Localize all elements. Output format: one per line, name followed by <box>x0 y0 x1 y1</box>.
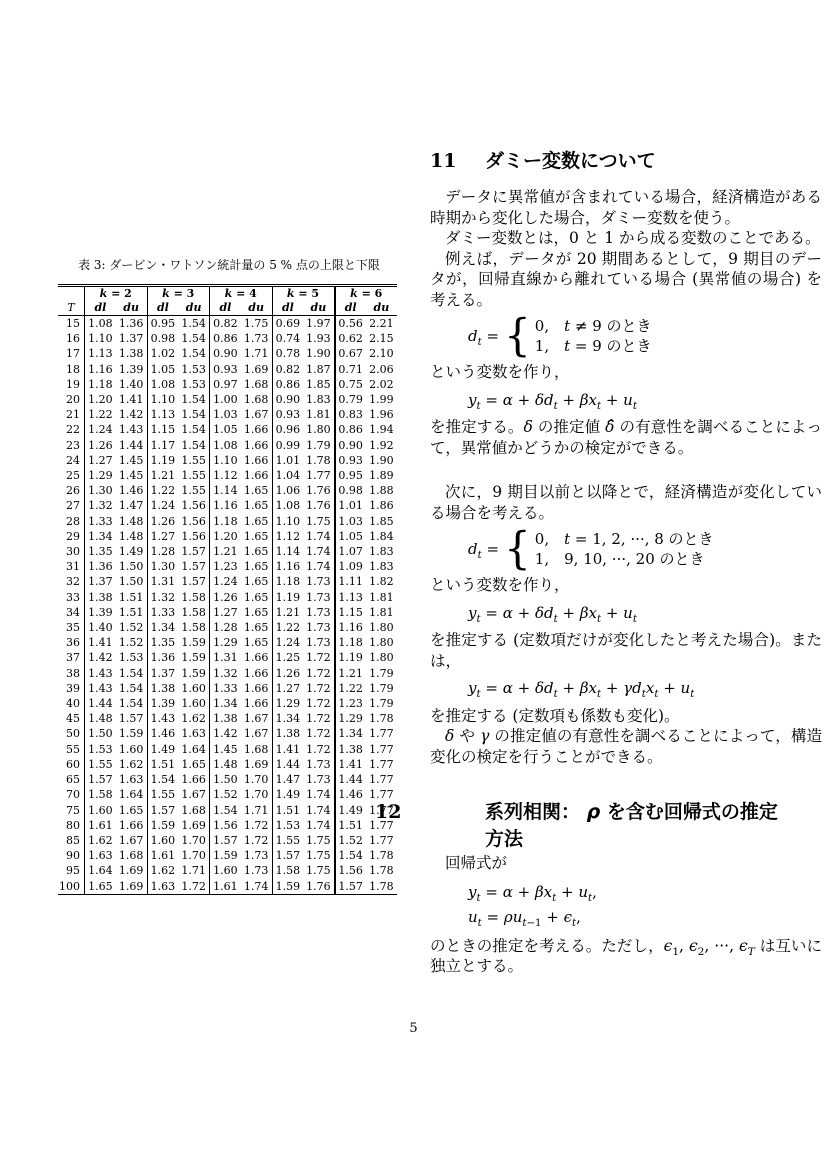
table-cell: 1.41 <box>116 392 147 407</box>
table-cell: 39 <box>58 681 85 696</box>
table-cell: 1.74 <box>303 787 334 802</box>
table-cell: 1.68 <box>241 377 272 392</box>
table-row: 801.611.661.591.691.561.721.531.741.511.… <box>58 818 397 833</box>
table-cell: 1.51 <box>147 757 178 772</box>
table-cell: 1.68 <box>178 803 209 818</box>
table-cell: 0.90 <box>335 438 366 453</box>
table-cell: 1.53 <box>85 742 116 757</box>
table-cell: 1.44 <box>272 757 303 772</box>
table-cell: 1.77 <box>366 742 397 757</box>
table-cell: 1.50 <box>85 726 116 741</box>
table-cell: 1.66 <box>241 422 272 437</box>
table-cell: 1.37 <box>147 666 178 681</box>
table-cell: 1.10 <box>147 392 178 407</box>
table-cell: 1.29 <box>272 696 303 711</box>
table-header-cell: dl <box>335 301 366 316</box>
table-row: 451.481.571.431.621.381.671.341.721.291.… <box>58 711 397 726</box>
table-cell: 1.19 <box>335 650 366 665</box>
table-cell: 1.74 <box>241 879 272 895</box>
table-cell: 1.39 <box>85 605 116 620</box>
table-row: 291.341.481.271.561.201.651.121.741.051.… <box>58 529 397 544</box>
table-cell: 1.48 <box>210 757 241 772</box>
table-cell: 19 <box>58 377 85 392</box>
paragraph: ダミー変数とは，0 と 1 から成る変数のことである。 <box>430 228 822 249</box>
table-cell: 1.56 <box>178 529 209 544</box>
table-cell: 1.51 <box>272 803 303 818</box>
table-row: 171.131.381.021.540.901.710.781.900.672.… <box>58 346 397 361</box>
table-cell: 1.69 <box>116 863 147 878</box>
table-cell: 1.24 <box>85 422 116 437</box>
table-cell: 26 <box>58 483 85 498</box>
table-cell: 100 <box>58 879 85 895</box>
table-row: 301.351.491.281.571.211.651.141.741.071.… <box>58 544 397 559</box>
table-cell: 1.79 <box>366 681 397 696</box>
table-row: 151.081.360.951.540.821.750.691.970.562.… <box>58 316 397 332</box>
paragraph: のときの推定を考える。ただし，ϵ1, ϵ2, ···, ϵT は互いに独立とする… <box>430 936 822 977</box>
table-row: 201.201.411.101.541.001.680.901.830.791.… <box>58 392 397 407</box>
table-row: 211.221.421.131.541.031.670.931.810.831.… <box>58 407 397 422</box>
table-cell: 1.71 <box>178 863 209 878</box>
table-cell: 23 <box>58 438 85 453</box>
table-cell: 1.34 <box>335 726 366 741</box>
table-cell: 0.86 <box>272 377 303 392</box>
table-cell: 0.69 <box>272 316 303 332</box>
table-cell: 0.97 <box>210 377 241 392</box>
table-cell: 1.56 <box>210 818 241 833</box>
table-cell: 0.86 <box>335 422 366 437</box>
cases-lines: 0, t ≠ 9 のとき 1, t = 9 のとき <box>535 316 652 356</box>
table-cell: 1.77 <box>303 468 334 483</box>
table-row: 601.551.621.511.651.481.691.441.731.411.… <box>58 757 397 772</box>
table-cell: 1.33 <box>147 605 178 620</box>
table-cell: 1.30 <box>85 483 116 498</box>
table-cell: 1.58 <box>272 863 303 878</box>
table-cell: 1.87 <box>303 362 334 377</box>
table-cell: 1.65 <box>85 879 116 895</box>
table-cell: 1.47 <box>272 772 303 787</box>
table-cell: 1.54 <box>335 848 366 863</box>
table-row: 251.291.451.211.551.121.661.041.770.951.… <box>58 468 397 483</box>
table-cell: 20 <box>58 392 85 407</box>
table-cell: 1.12 <box>210 468 241 483</box>
table-cell: 1.78 <box>303 453 334 468</box>
table-cell: 21 <box>58 407 85 422</box>
paragraph: を推定する (定数項も係数も変化)。 <box>430 706 822 727</box>
table-cell: 0.75 <box>335 377 366 392</box>
table-cell: 1.38 <box>335 742 366 757</box>
table-cell: 1.51 <box>116 590 147 605</box>
table-cell: 1.54 <box>178 392 209 407</box>
table-cell: 1.99 <box>366 392 397 407</box>
table-cell: 1.96 <box>366 407 397 422</box>
table-cell: 1.58 <box>178 590 209 605</box>
table-cell: 80 <box>58 818 85 833</box>
table-cell: 1.16 <box>85 362 116 377</box>
table-cell: 1.08 <box>272 498 303 513</box>
table-cell: 1.10 <box>272 514 303 529</box>
table-cell: 1.73 <box>241 863 272 878</box>
table-cell: 37 <box>58 650 85 665</box>
table-header-cell: dl <box>147 301 178 316</box>
table-row: 391.431.541.381.601.331.661.271.721.221.… <box>58 681 397 696</box>
table-cell: 1.65 <box>241 514 272 529</box>
table-cell: 1.34 <box>85 529 116 544</box>
table-cell: 1.40 <box>85 620 116 635</box>
equation-cases-1: dt = { 0, t ≠ 9 のとき 1, t = 9 のとき <box>468 316 822 356</box>
table-row: 311.361.501.301.571.231.651.161.741.091.… <box>58 559 397 574</box>
table-cell: 1.66 <box>116 818 147 833</box>
table-cell: 1.15 <box>147 422 178 437</box>
table-cell: 1.36 <box>147 650 178 665</box>
table-cell: 1.54 <box>178 407 209 422</box>
table-cell: 1.16 <box>272 559 303 574</box>
table-cell: 1.29 <box>210 635 241 650</box>
table-cell: 0.98 <box>147 331 178 346</box>
equation-regression-1: yt = α + δdt + βxt + ut <box>468 390 822 411</box>
table-cell: 30 <box>58 544 85 559</box>
table-cell: 1.01 <box>335 498 366 513</box>
table-cell: 1.38 <box>210 711 241 726</box>
case-line: 1, 9, 10, ···, 20 のとき <box>535 549 714 569</box>
table-cell: 1.20 <box>85 392 116 407</box>
table-cell: 1.28 <box>210 620 241 635</box>
table-cell: 1.67 <box>178 787 209 802</box>
table-cell: 1.03 <box>210 407 241 422</box>
table-cell: 1.04 <box>272 468 303 483</box>
table-cell: 1.79 <box>303 438 334 453</box>
table-cell: 27 <box>58 498 85 513</box>
table-header-cell: k = 3 <box>147 286 210 302</box>
table-row: 351.401.521.341.581.281.651.221.731.161.… <box>58 620 397 635</box>
table-cell: 1.18 <box>210 514 241 529</box>
table-cell: 0.56 <box>335 316 366 332</box>
paragraph: という変数を作り， <box>430 575 822 596</box>
table-cell: 31 <box>58 559 85 574</box>
table-cell: 1.60 <box>147 833 178 848</box>
table-cell: 55 <box>58 742 85 757</box>
table-cell: 1.93 <box>303 331 334 346</box>
table-cell: 1.51 <box>116 605 147 620</box>
paragraph: 次に，9 期目以前と以降とで，経済構造が変化している場合を考える。 <box>430 482 822 523</box>
table-cell: 34 <box>58 605 85 620</box>
left-brace-glyph: { <box>504 528 531 570</box>
table-cell: 1.77 <box>366 772 397 787</box>
table-row: 231.261.441.171.541.081.660.991.790.901.… <box>58 438 397 453</box>
table-cell: 1.37 <box>116 331 147 346</box>
table-cell: 1.65 <box>241 559 272 574</box>
table-cell: 1.03 <box>335 514 366 529</box>
table-cell: 1.45 <box>116 468 147 483</box>
table-cell: 1.65 <box>241 620 272 635</box>
table-cell: 1.65 <box>241 498 272 513</box>
table-cell: 1.54 <box>178 331 209 346</box>
table-cell: 1.65 <box>116 803 147 818</box>
table-cell: 1.27 <box>272 681 303 696</box>
table-row: 161.101.370.981.540.861.730.741.930.622.… <box>58 331 397 346</box>
table-cell: 1.08 <box>147 377 178 392</box>
table-cell: 1.05 <box>210 422 241 437</box>
table-cell: 1.49 <box>147 742 178 757</box>
table-cell: 1.59 <box>178 635 209 650</box>
table-cell: 0.67 <box>335 346 366 361</box>
section-title: ダミー変数について <box>485 150 656 172</box>
table-cell: 1.80 <box>303 422 334 437</box>
table-cell: 70 <box>58 787 85 802</box>
table-cell: 2.10 <box>366 346 397 361</box>
table-cell: 1.49 <box>335 803 366 818</box>
table-cell: 1.22 <box>335 681 366 696</box>
table-cell: 1.81 <box>303 407 334 422</box>
table-cell: 1.41 <box>335 757 366 772</box>
table-cell: 1.20 <box>210 529 241 544</box>
table-cell: 1.42 <box>116 407 147 422</box>
table-cell: 1.08 <box>85 316 116 332</box>
table-cell: 1.43 <box>116 422 147 437</box>
table-row: 951.641.691.621.711.601.731.581.751.561.… <box>58 863 397 878</box>
table-cell: 40 <box>58 696 85 711</box>
table-cell: 1.12 <box>272 529 303 544</box>
paragraph: δ や γ の推定値の有意性を調べることによって，構造変化の検定を行うことができ… <box>430 726 822 767</box>
table-cell: 1.66 <box>241 438 272 453</box>
table-cell: 1.73 <box>241 848 272 863</box>
table-cell: 1.01 <box>272 453 303 468</box>
section-title-line1: 系列相関： ρ を含む回帰式の推定 <box>485 801 778 823</box>
table-row: 331.381.511.321.581.261.651.191.731.131.… <box>58 590 397 605</box>
table-cell: 1.62 <box>85 833 116 848</box>
table-cell: 1.45 <box>210 742 241 757</box>
table-cell: 1.40 <box>116 377 147 392</box>
table-cell: 1.77 <box>366 757 397 772</box>
table-cell: 1.52 <box>116 620 147 635</box>
table-cell: 1.16 <box>210 498 241 513</box>
table-cell: 1.58 <box>85 787 116 802</box>
table-cell: 1.60 <box>210 863 241 878</box>
table-cell: 1.56 <box>335 863 366 878</box>
table-cell: 1.62 <box>116 757 147 772</box>
table-cell: 1.70 <box>241 787 272 802</box>
table-cell: 1.73 <box>303 605 334 620</box>
table-cell: 85 <box>58 833 85 848</box>
table-row: 901.631.681.611.701.591.731.571.751.541.… <box>58 848 397 863</box>
table-cell: 1.36 <box>85 559 116 574</box>
table-cell: 1.21 <box>147 468 178 483</box>
table-cell: 1.10 <box>85 331 116 346</box>
table-cell: 1.25 <box>272 650 303 665</box>
table-cell: 0.93 <box>335 453 366 468</box>
table-cell: 1.74 <box>303 818 334 833</box>
table-cell: 1.62 <box>178 711 209 726</box>
table-cell: 1.55 <box>147 787 178 802</box>
table-cell: 1.48 <box>85 711 116 726</box>
table-cell: 1.65 <box>241 544 272 559</box>
table-cell: 1.73 <box>303 590 334 605</box>
left-brace-glyph: { <box>504 315 531 357</box>
table-cell: 95 <box>58 863 85 878</box>
table-cell: 1.31 <box>147 574 178 589</box>
equation-regression-2: yt = α + δdt + βxt + ut <box>468 603 822 624</box>
table-cell: 1.34 <box>272 711 303 726</box>
table-cell: 1.22 <box>272 620 303 635</box>
table-cell: 1.57 <box>272 848 303 863</box>
table-row: 181.161.391.051.530.931.690.821.870.712.… <box>58 362 397 377</box>
table-cell: 1.50 <box>210 772 241 787</box>
table-cell: 1.32 <box>85 498 116 513</box>
table-cell: 65 <box>58 772 85 787</box>
table-cell: 2.06 <box>366 362 397 377</box>
table-row: 551.531.601.491.641.451.681.411.721.381.… <box>58 742 397 757</box>
table-cell: 1.08 <box>210 438 241 453</box>
table-cell: 1.13 <box>335 590 366 605</box>
table-cell: 1.61 <box>147 848 178 863</box>
table-header-cell: dl <box>272 301 303 316</box>
table-cell: 0.86 <box>210 331 241 346</box>
table-cell: 0.78 <box>272 346 303 361</box>
table-cell: 1.76 <box>303 483 334 498</box>
table-cell: 1.43 <box>85 681 116 696</box>
table-cell: 1.44 <box>116 438 147 453</box>
table-cell: 1.83 <box>303 392 334 407</box>
table-cell: 1.22 <box>147 483 178 498</box>
table-cell: 1.69 <box>241 757 272 772</box>
table-group-header-row: k = 2k = 3k = 4k = 5k = 6 <box>58 286 397 302</box>
table-cell: 1.15 <box>335 605 366 620</box>
table-cell: 1.72 <box>303 726 334 741</box>
table-header-cell: du <box>241 301 272 316</box>
table-cell: 1.50 <box>116 574 147 589</box>
table-cell: 1.11 <box>335 574 366 589</box>
table-cell: 1.54 <box>178 422 209 437</box>
table-cell: 1.44 <box>85 696 116 711</box>
table-cell: 0.82 <box>210 316 241 332</box>
table-header-cell: du <box>303 301 334 316</box>
table-header-cell: dl <box>210 301 241 316</box>
table-cell: 1.72 <box>303 666 334 681</box>
table-cell: 1.63 <box>116 772 147 787</box>
table-cell: 1.77 <box>366 726 397 741</box>
table-cell: 1.13 <box>147 407 178 422</box>
table-cell: 1.72 <box>303 742 334 757</box>
table-cell: 0.96 <box>272 422 303 437</box>
table-header-cell: k = 4 <box>210 286 273 302</box>
table-cell: 1.60 <box>178 681 209 696</box>
document-page: 表 3: ダービン・ワトソン統計量の 5 % 点の上限と下限 k = 2k = … <box>0 0 827 1170</box>
table-cell: 1.60 <box>85 803 116 818</box>
table-cell: 1.69 <box>116 879 147 895</box>
table-cell: 1.27 <box>85 453 116 468</box>
table-row: 281.331.481.261.561.181.651.101.751.031.… <box>58 514 397 529</box>
table-cell: 1.65 <box>241 590 272 605</box>
table-cell: 1.66 <box>241 453 272 468</box>
table-cell: 1.48 <box>116 529 147 544</box>
table-cell: 1.55 <box>178 483 209 498</box>
table-cell: 1.02 <box>147 346 178 361</box>
table-header-cell: du <box>366 301 397 316</box>
table-cell: 1.21 <box>210 544 241 559</box>
table-cell: 1.21 <box>335 666 366 681</box>
table-cell: 1.32 <box>210 666 241 681</box>
table-cell: 1.75 <box>241 316 272 332</box>
table-cell: 1.56 <box>178 514 209 529</box>
table-cell: 1.26 <box>85 438 116 453</box>
table-cell: 1.72 <box>303 696 334 711</box>
table-cell: 1.38 <box>116 346 147 361</box>
table-cell: 1.37 <box>85 574 116 589</box>
table-cell: 1.81 <box>366 605 397 620</box>
table-cell: 1.77 <box>366 833 397 848</box>
table-cell: 0.98 <box>335 483 366 498</box>
table-cell: 1.32 <box>147 590 178 605</box>
table-row: 701.581.641.551.671.521.701.491.741.461.… <box>58 787 397 802</box>
table-cell: 1.66 <box>178 772 209 787</box>
table-cell: 1.71 <box>241 803 272 818</box>
table-subheader-row: Tdldudldudldudldudldu <box>58 301 397 316</box>
table-cell: 0.79 <box>335 392 366 407</box>
table-cell: 1.53 <box>116 650 147 665</box>
table-cell: 1.59 <box>178 650 209 665</box>
table-cell: 1.67 <box>241 407 272 422</box>
table-cell: 1.54 <box>116 681 147 696</box>
table-cell: 29 <box>58 529 85 544</box>
table-cell: 1.72 <box>241 818 272 833</box>
paragraph: データに異常値が含まれている場合，経済構造がある時期から変化した場合，ダミー変数… <box>430 187 822 228</box>
table-row: 341.391.511.331.581.271.651.211.731.151.… <box>58 605 397 620</box>
table-cell: 1.79 <box>366 696 397 711</box>
table-cell: 1.43 <box>85 666 116 681</box>
table-row: 501.501.591.461.631.421.671.381.721.341.… <box>58 726 397 741</box>
table-cell: 75 <box>58 803 85 818</box>
table-cell: 1.00 <box>210 392 241 407</box>
table-cell: 35 <box>58 620 85 635</box>
table-cell: 1.55 <box>178 453 209 468</box>
table-cell: 1.78 <box>366 863 397 878</box>
table-cell: 1.53 <box>178 362 209 377</box>
table-cell: 60 <box>58 757 85 772</box>
table-cell: 1.89 <box>366 468 397 483</box>
table-cell: 1.42 <box>210 726 241 741</box>
table-cell: 1.33 <box>210 681 241 696</box>
table-cell: 1.26 <box>272 666 303 681</box>
table-cell: 0.95 <box>147 316 178 332</box>
table-cell: 1.09 <box>335 559 366 574</box>
table-cell: 1.72 <box>303 711 334 726</box>
table-cell: 1.41 <box>272 742 303 757</box>
table-cell: 1.78 <box>366 711 397 726</box>
case-line: 1, t = 9 のとき <box>535 336 652 356</box>
table-cell: 0.90 <box>210 346 241 361</box>
table-cell: 0.82 <box>272 362 303 377</box>
table-cell: 1.54 <box>178 438 209 453</box>
equation-ar1-error: ut = ρut−1 + ϵt, <box>468 907 822 928</box>
table-cell: 1.43 <box>147 711 178 726</box>
table-cell: 1.72 <box>303 650 334 665</box>
paragraph: を推定する (定数項だけが変化したと考えた場合)。または， <box>430 630 822 671</box>
table-cell: 1.88 <box>366 483 397 498</box>
table-cell: 1.97 <box>303 316 334 332</box>
table-cell: 1.74 <box>303 544 334 559</box>
table-cell: 1.83 <box>366 559 397 574</box>
table-cell: 1.59 <box>147 818 178 833</box>
table-cell: 1.29 <box>335 711 366 726</box>
table-cell: 25 <box>58 468 85 483</box>
table-cell: 1.46 <box>147 726 178 741</box>
section-number: 12 <box>430 799 485 826</box>
table-cell: 1.57 <box>210 833 241 848</box>
table-cell: 1.59 <box>178 666 209 681</box>
table-cell: 1.75 <box>303 833 334 848</box>
table-caption: 表 3: ダービン・ワトソン統計量の 5 % 点の上限と下限 <box>58 256 400 273</box>
text-column: 11ダミー変数について データに異常値が含まれている場合，経済構造がある時期から… <box>430 148 822 977</box>
table-cell: 1.62 <box>147 863 178 878</box>
